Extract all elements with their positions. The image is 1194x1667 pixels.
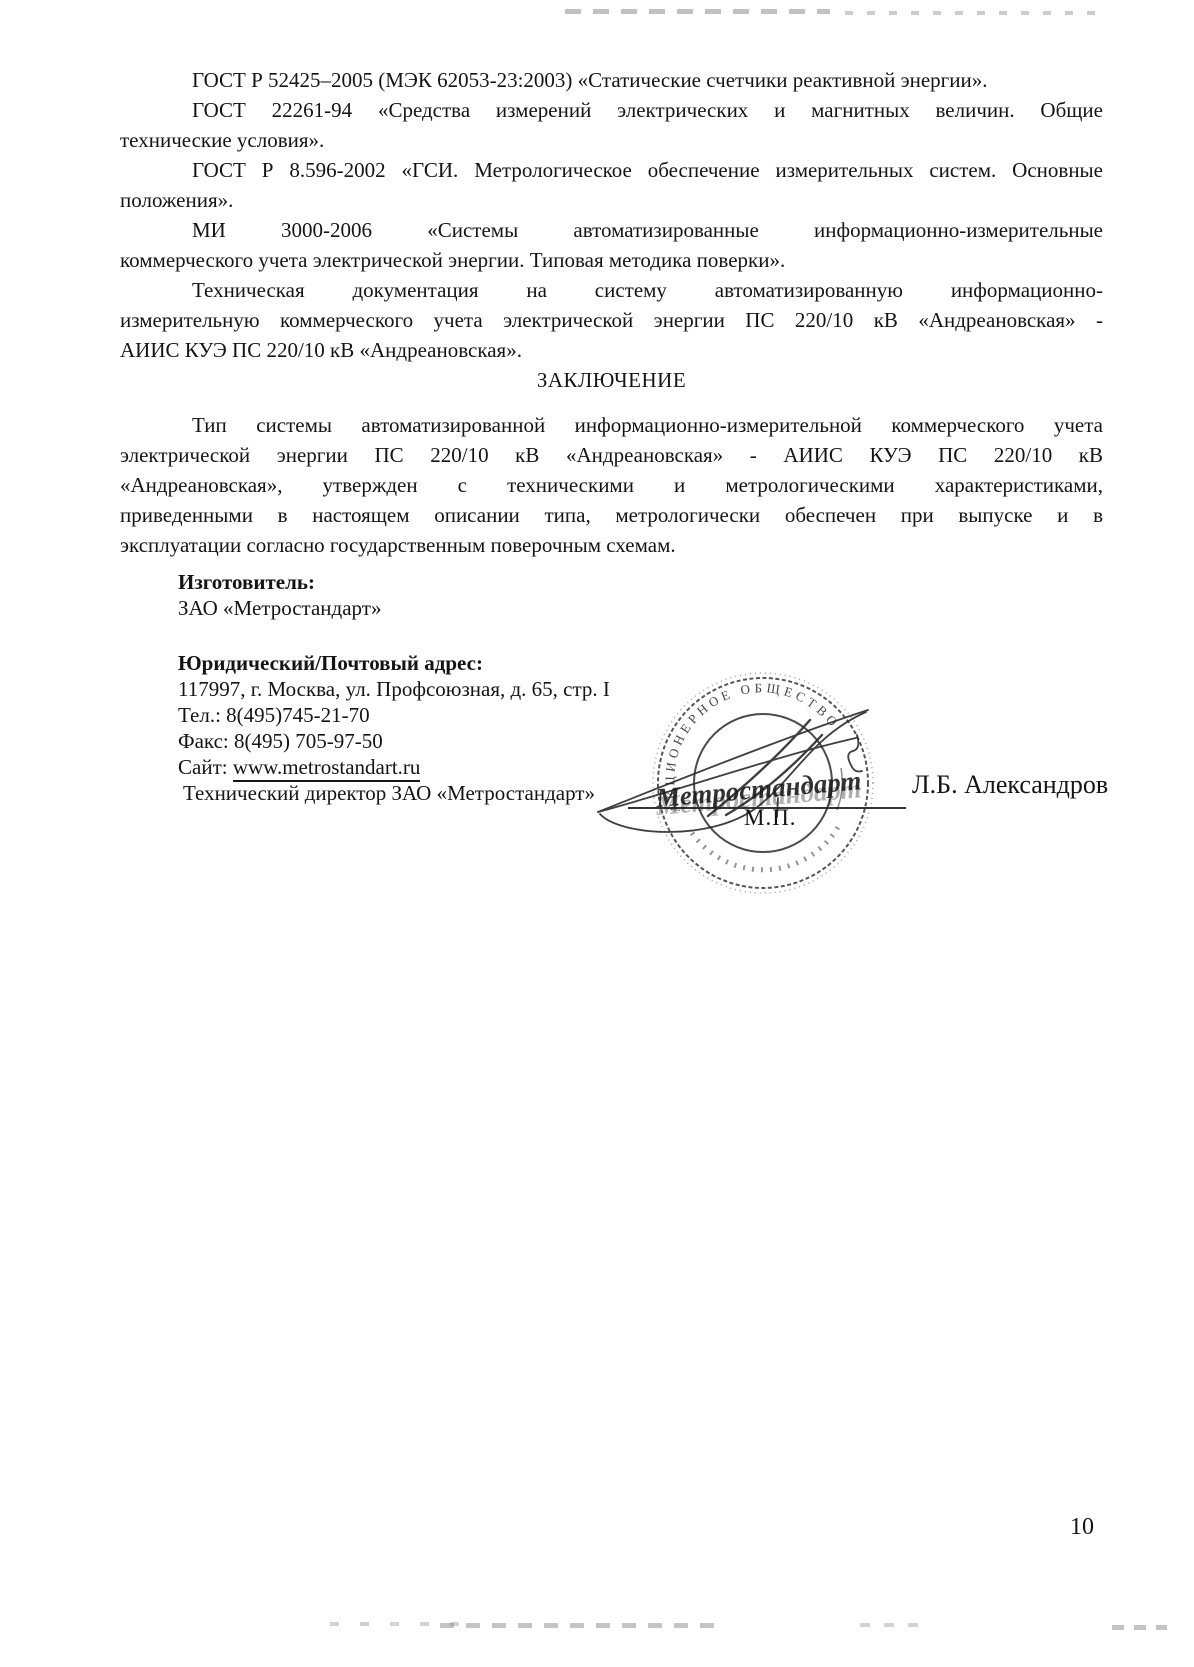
address-phone: Тел.: 8(495)745-21-70 — [178, 702, 1103, 728]
address-street: 117997, г. Москва, ул. Профсоюзная, д. 6… — [178, 676, 1103, 702]
stamp-bottom-speckle — [692, 827, 838, 870]
conclusion-paragraph: Тип системы автоматизированной информаци… — [120, 410, 1103, 440]
conclusion-paragraph: «Андреановская», утвержден с техническим… — [120, 470, 1103, 500]
standard-reference: положения». — [120, 185, 1103, 215]
scan-artifact-bottom — [860, 1623, 920, 1627]
technical-docs-paragraph: измерительную коммерческого учета электр… — [120, 305, 1103, 335]
standard-reference: технические условия». — [120, 125, 1103, 155]
technical-docs-paragraph: Техническая документация на систему авто… — [120, 275, 1103, 305]
document-body: ГОСТ Р 52425–2005 (МЭК 62053-23:2003) «С… — [120, 65, 1103, 806]
standard-reference: ГОСТ 22261-94 «Средства измерений электр… — [120, 95, 1103, 125]
scan-artifact-top — [845, 11, 1105, 15]
scan-artifact-top — [565, 9, 830, 14]
seal-place-mark: М.П. — [744, 805, 797, 831]
technical-docs-paragraph: АИИС КУЭ ПС 220/10 кВ «Андреановская». — [120, 335, 1103, 365]
scan-artifact-bottom — [440, 1623, 720, 1628]
scan-artifact-bottom — [1112, 1625, 1167, 1630]
manufacturer-label: Изготовитель: — [178, 569, 1103, 595]
site-url-link[interactable]: www.metrostandart.ru — [233, 755, 421, 782]
conclusion-paragraph: приведенными в настоящем описании типа, … — [120, 500, 1103, 530]
conclusion-heading: ЗАКЛЮЧЕНИЕ — [120, 365, 1103, 395]
page-number: 10 — [1070, 1512, 1094, 1542]
address-fax: Факс: 8(495) 705-97-50 — [178, 728, 1103, 754]
manufacturer-block: Изготовитель: ЗАО «Метростандарт» — [178, 569, 1103, 621]
signatory-name: Л.Б. Александров — [912, 770, 1108, 800]
standard-reference: МИ 3000-2006 «Системы автоматизированные… — [120, 215, 1103, 245]
document-page: ГОСТ Р 52425–2005 (МЭК 62053-23:2003) «С… — [0, 0, 1194, 1667]
address-label: Юридический/Почтовый адрес: — [178, 650, 1103, 676]
standard-reference: ГОСТ Р 8.596-2002 «ГСИ. Метрологическое … — [120, 155, 1103, 185]
standard-reference: ГОСТ Р 52425–2005 (МЭК 62053-23:2003) «С… — [120, 65, 1103, 95]
conclusion-paragraph: эксплуатации согласно государственным по… — [120, 530, 1103, 560]
standard-reference: коммерческого учета электрической энерги… — [120, 245, 1103, 275]
manufacturer-value: ЗАО «Метростандарт» — [178, 595, 1103, 621]
conclusion-paragraph: электрической энергии ПС 220/10 кВ «Андр… — [120, 440, 1103, 470]
site-label: Сайт: — [178, 755, 233, 779]
